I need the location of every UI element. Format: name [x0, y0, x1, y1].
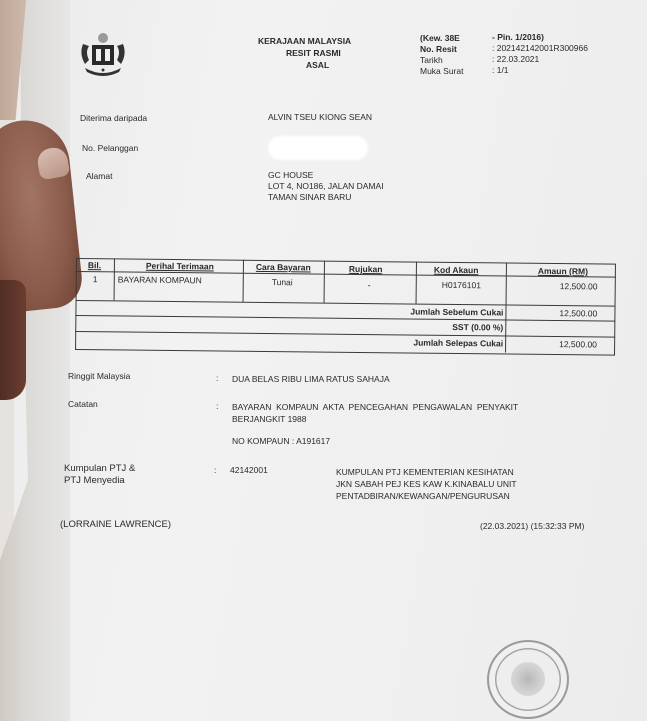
official-stamp-seal	[487, 640, 569, 719]
address-line-3: TAMAN SINAR BARU	[268, 192, 351, 202]
ptj-desc-line-1: KUMPULAN PTJ KEMENTERIAN KESIHATAN	[336, 467, 514, 477]
subtotal-label: Jumlah Sebelum Cukai	[410, 307, 503, 318]
document-type: RESIT RASMI	[286, 48, 341, 58]
copy-type: ASAL	[306, 60, 329, 70]
header-amount: Amaun (RM)	[538, 266, 588, 277]
receipt-table: Bil. Perihal Terimaan Cara Bayaran Rujuk…	[75, 258, 616, 356]
receipt-paper	[14, 0, 647, 721]
colon: :	[216, 401, 218, 411]
print-timestamp: (22.03.2021) (15:32:33 PM)	[480, 521, 584, 531]
total-value: 12,500.00	[559, 339, 597, 349]
receipt-no-label: No. Resit	[420, 44, 457, 54]
sst-label: SST (0.00 %)	[452, 322, 503, 333]
notes-line-2: BERJANGKIT 1988	[232, 414, 307, 424]
header-reference: Rujukan	[349, 264, 383, 274]
holding-hand-shadow	[0, 280, 26, 400]
colon: :	[216, 373, 218, 383]
receipt-no-value: : 202142142001R300966	[492, 43, 588, 53]
address-label: Alamat	[86, 171, 112, 181]
received-from-label: Diterima daripada	[80, 113, 147, 123]
address-line-2: LOT 4, NO186, JALAN DAMAI	[268, 181, 384, 191]
malaysia-coat-of-arms-icon	[75, 30, 131, 80]
compound-number: NO KOMPAUN : A191617	[232, 436, 330, 446]
ptj-label-1: Kumpulan PTJ &	[64, 463, 135, 474]
ptj-desc-line-2: JKN SABAH PEJ KES KAW K.KINABALU UNIT	[336, 479, 517, 489]
customer-no-redaction	[268, 136, 368, 160]
address-line-1: GC HOUSE	[268, 170, 313, 180]
date-value: : 22.03.2021	[492, 54, 539, 64]
agency-name: KERAJAAN MALAYSIA	[258, 36, 351, 46]
header-payment-method: Cara Bayaran	[256, 262, 311, 273]
header-bil: Bil.	[88, 260, 101, 270]
header-account-code: Kod Akaun	[434, 265, 479, 275]
amount-words-value: DUA BELAS RIBU LIMA RATUS SAHAJA	[232, 374, 390, 384]
colon: :	[214, 465, 216, 475]
date-label: Tarikh	[420, 55, 443, 65]
page-value: : 1/1	[492, 65, 509, 75]
header-description: Perihal Terimaan	[146, 261, 214, 272]
stamp-emblem-icon	[511, 662, 545, 696]
notes-label: Catatan	[68, 399, 98, 409]
ptj-desc-line-3: PENTADBIRAN/KEWANGAN/PENGURUSAN	[336, 491, 510, 501]
customer-no-label: No. Pelanggan	[82, 143, 138, 153]
received-from-value: ALVIN TSEU KIONG SEAN	[268, 112, 372, 122]
notes-line-1: BAYARAN KOMPAUN AKTA PENCEGAHAN PENGAWAL…	[232, 402, 518, 412]
ptj-code: 42142001	[230, 465, 268, 475]
form-code-label: (Kew. 38E	[420, 33, 460, 43]
form-code-value: - Pin. 1/2016)	[492, 32, 544, 42]
subtotal-value: 12,500.00	[559, 308, 597, 318]
officer-name: (LORRAINE LAWRENCE)	[60, 519, 171, 530]
ptj-label-2: PTJ Menyedia	[64, 475, 125, 486]
amount-words-label: Ringgit Malaysia	[68, 371, 130, 381]
page-label: Muka Surat	[420, 66, 463, 76]
total-label: Jumlah Selepas Cukai	[413, 338, 503, 349]
